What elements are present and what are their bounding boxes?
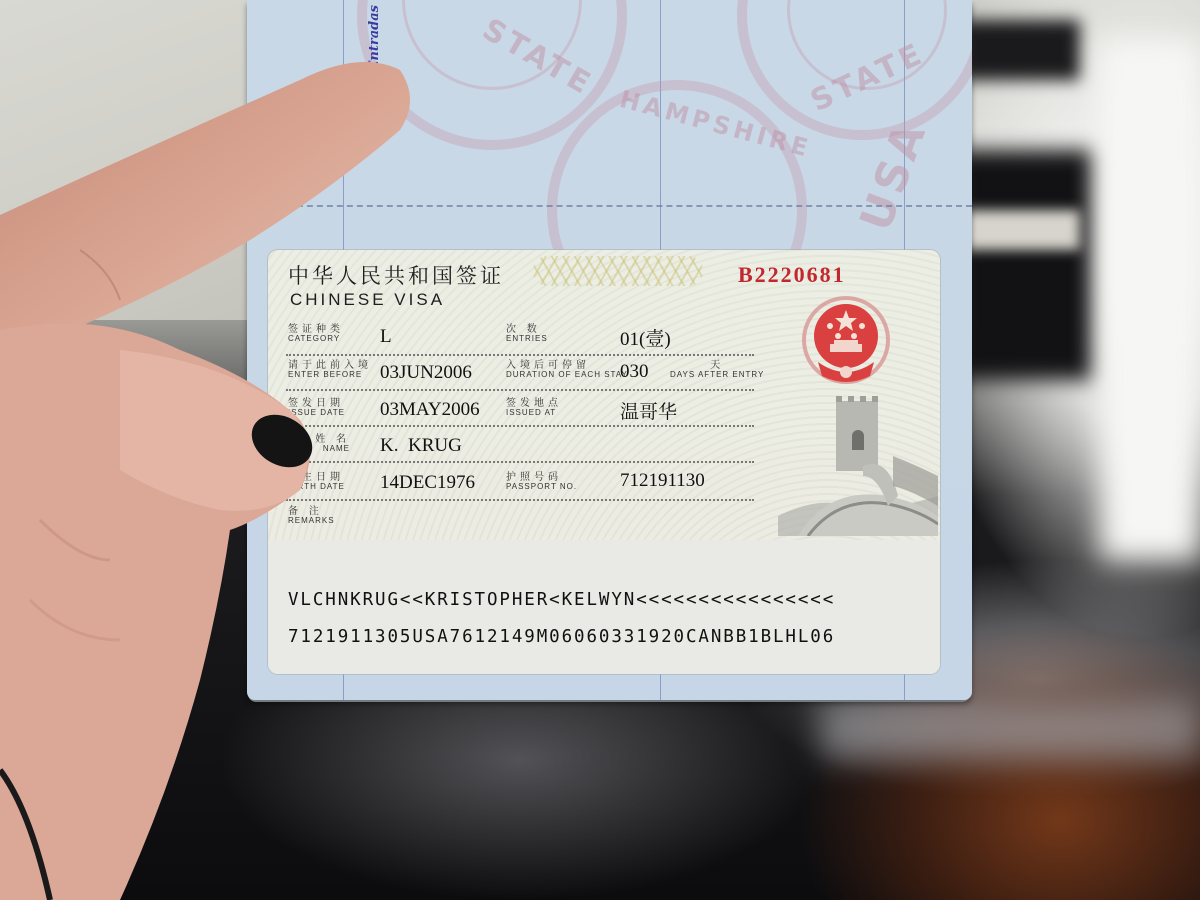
background-wall — [0, 0, 260, 320]
mrz-line-2: 7121911305USA7612149M06060331920CANBB1BL… — [288, 627, 835, 647]
duration-value: 030 — [620, 361, 649, 383]
category-label: 签证种类 CATEGORY — [288, 324, 344, 344]
entries-value: 01(壹) — [620, 324, 671, 351]
chinese-visa-sticker: 中华人民共和国签证 CHINESE VISA B2220681 签证种类 CAT… — [268, 250, 940, 674]
duration-label: 入境后可停留 DURATION OF EACH STAY — [506, 360, 628, 380]
visa-number: B2220681 — [738, 262, 846, 288]
passport-page-side-text: Entradas — [367, 5, 382, 70]
national-emblem-icon — [800, 296, 892, 388]
visa-title-chinese: 中华人民共和国签证 — [288, 260, 504, 290]
background-table — [820, 700, 1200, 760]
issued-at-value: 温哥华 — [620, 397, 677, 424]
passport-no-value: 712191130 — [620, 470, 705, 492]
remarks-label: 备 注 REMARKS — [288, 506, 335, 526]
birth-date-value: 14DEC1976 — [380, 472, 475, 494]
name-label: 姓 名 NAME — [288, 434, 350, 454]
field-divider — [286, 389, 754, 391]
issued-at-label: 签发地点 ISSUED AT — [506, 398, 562, 418]
birth-date-label: 出生日期 BIRTH DATE — [288, 472, 345, 492]
page-fold-stitching — [247, 205, 972, 207]
enter-before-value: 03JUN2006 — [380, 362, 472, 384]
category-value: L — [380, 326, 392, 348]
field-divider — [286, 461, 754, 463]
enter-before-label: 请于此前入境 ENTER BEFORE — [288, 360, 372, 380]
passport-no-label: 护照号码 PASSPORT NO. — [506, 472, 577, 492]
background-object — [960, 20, 1080, 80]
machine-readable-zone: VLCHNKRUG<<KRISTOPHER<KELWYN<<<<<<<<<<<<… — [268, 540, 940, 674]
name-value: K. KRUG — [380, 435, 462, 457]
duration-unit-label: 天 DAYS AFTER ENTRY — [670, 360, 764, 380]
background-shelf — [960, 210, 1080, 250]
background-object — [955, 150, 1095, 380]
security-pattern — [533, 256, 703, 286]
great-wall-illustration — [778, 396, 938, 536]
field-divider — [286, 499, 754, 501]
field-divider — [286, 354, 754, 356]
mrz-line-1: VLCHNKRUG<<KRISTOPHER<KELWYN<<<<<<<<<<<<… — [288, 590, 835, 610]
issue-date-value: 03MAY2006 — [380, 399, 480, 421]
issue-date-label: 签发日期 ISSUE DATE — [288, 398, 345, 418]
background-window — [1100, 40, 1200, 560]
field-divider — [286, 425, 754, 427]
visa-title-english: CHINESE VISA — [290, 290, 445, 310]
entries-label: 次 数 ENTRIES — [506, 324, 548, 344]
